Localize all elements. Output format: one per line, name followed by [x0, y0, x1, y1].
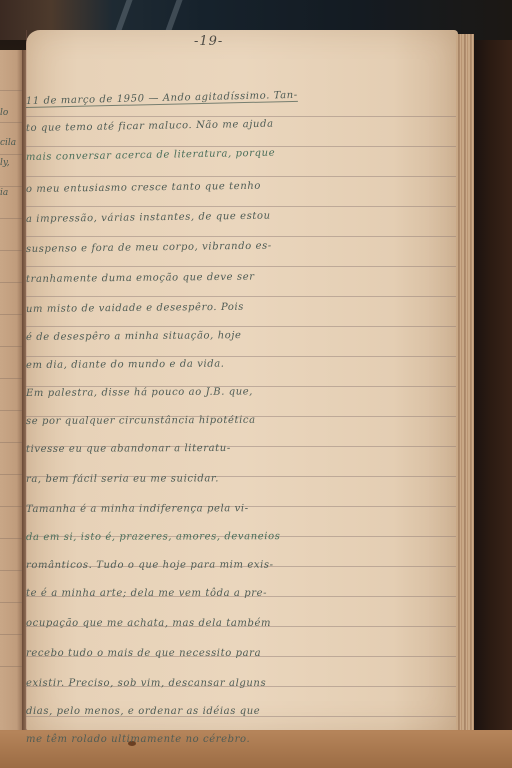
ruled-line — [0, 346, 24, 347]
ruled-line — [0, 154, 24, 155]
ruled-line — [0, 570, 24, 571]
handwritten-line: tivesse eu que abandonar a literatu- — [26, 442, 458, 455]
book-cover-edge — [474, 40, 512, 730]
page-number: -19- — [194, 34, 223, 49]
left-page-fragment: ly, — [0, 158, 10, 168]
ruled-line — [0, 506, 24, 507]
ruled-line — [0, 666, 24, 667]
handwritten-line: é de desespêro a minha situação, hoje — [26, 328, 458, 343]
ruled-line — [26, 266, 458, 267]
ruled-line — [26, 236, 458, 237]
ruled-line — [26, 206, 458, 207]
left-page-fragment: lo — [0, 108, 8, 118]
ruled-line — [0, 602, 24, 603]
ruled-line — [0, 282, 24, 283]
handwritten-line: Em palestra, disse há pouco ao J.B. que, — [26, 385, 458, 399]
ruled-line — [0, 442, 24, 443]
diary-page: -19- 11 de março de 1950 — Ando agitadís… — [26, 30, 458, 730]
ruled-line — [0, 410, 24, 411]
ruled-line — [0, 90, 24, 91]
handwritten-line: um misto de vaidade e desespêro. Pois — [26, 299, 458, 315]
handwritten-line: suspenso e fora de meu corpo, vibrando e… — [26, 238, 458, 255]
photo-scene: lo cila ly, ia -19- 11 de março de 1950 … — [0, 0, 512, 768]
ruled-line — [0, 250, 24, 251]
handwritten-line: me têm rolado ultimamente no cérebro. — [26, 734, 458, 745]
handwritten-line: mais conversar acerca de literatura, por… — [26, 144, 458, 163]
ruled-line — [0, 474, 24, 475]
handwritten-line: recebo tudo o mais de que necessito para — [26, 648, 458, 659]
handwritten-line: dias, pelo menos, e ordenar as idéias qu… — [26, 706, 458, 717]
handwritten-line: da em si, isto é, prazeres, amores, deva… — [26, 530, 458, 543]
handwritten-line: te é a minha arte; dela me vem tôda a pr… — [26, 588, 458, 599]
handwritten-line: se por qualquer circunstância hipotética — [26, 414, 458, 427]
ruled-line — [0, 218, 24, 219]
handwritten-line: românticos. Tudo o que hoje para mim exi… — [26, 559, 458, 571]
handwritten-line: tranhamente duma emoção que deve ser — [26, 269, 458, 285]
ruled-line — [0, 538, 24, 539]
ruled-line — [26, 176, 458, 177]
handwritten-line: ra, bem fácil seria eu me suicidar. — [26, 472, 458, 485]
handwritten-line: to que temo até ficar maluco. Não me aju… — [26, 115, 458, 134]
page-edges — [456, 34, 474, 730]
handwritten-line: Tamanha é a minha indiferença pela vi- — [26, 502, 458, 515]
handwritten-line: em dia, diante do mundo e da vida. — [26, 357, 458, 371]
handwritten-line: existir. Preciso, sob vim, descansar alg… — [26, 678, 458, 689]
ruled-line — [0, 186, 24, 187]
ruled-line — [26, 326, 458, 327]
left-page-edge: lo cila ly, ia — [0, 50, 24, 730]
left-page-fragment: cila — [0, 138, 16, 148]
handwritten-line: o meu entusiasmo cresce tanto que tenho — [26, 178, 458, 195]
ruled-line — [0, 314, 24, 315]
left-page-fragment: ia — [0, 188, 8, 198]
ruled-line — [0, 378, 24, 379]
ruled-line — [26, 296, 458, 297]
handwritten-line: 11 de março de 1950 — Ando agitadíssimo.… — [26, 86, 458, 107]
handwritten-line: ocupação que me achata, mas dela também — [26, 618, 458, 629]
handwritten-line: a impressão, várias instantes, de que es… — [26, 208, 458, 225]
ruled-line — [0, 634, 24, 635]
ruled-line — [0, 122, 24, 123]
